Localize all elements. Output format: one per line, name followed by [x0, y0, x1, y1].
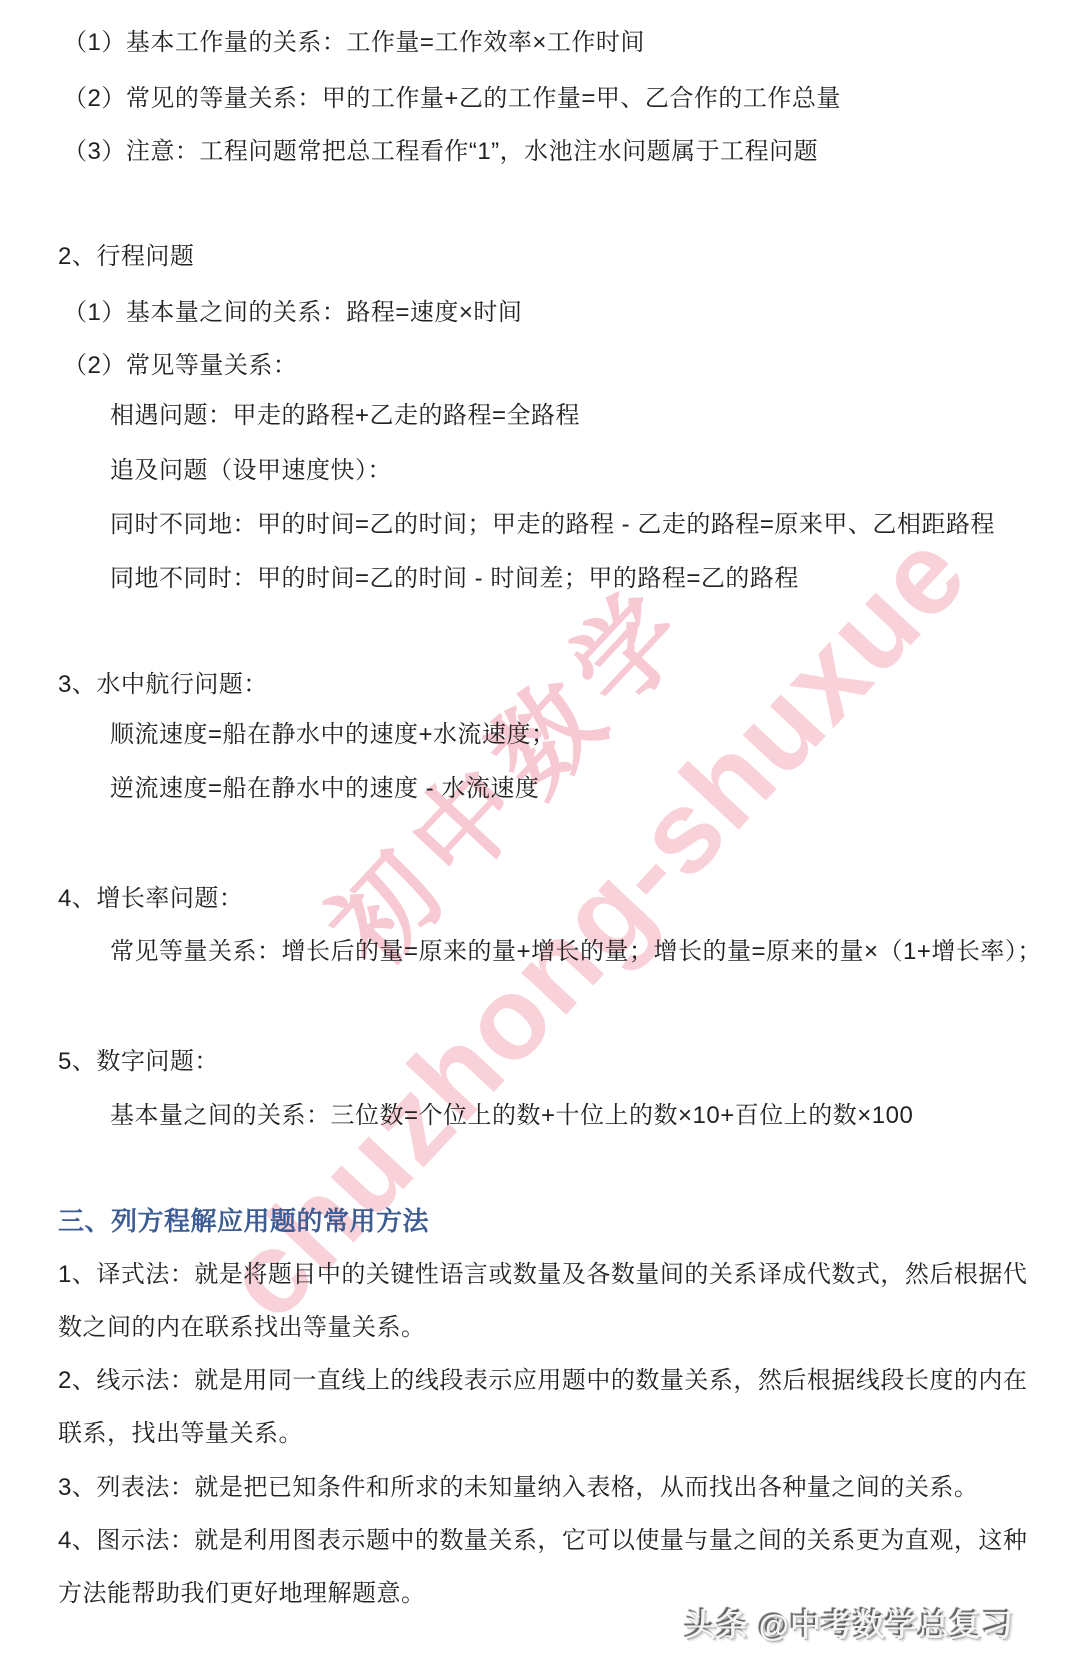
doc-line: 数之间的内在联系找出等量关系。: [58, 1313, 426, 1343]
doc-line: 5、数字问题：: [58, 1047, 219, 1077]
author-credit: 头条 @中考数学总复习: [685, 1600, 1014, 1645]
watermark-chinese: 初中数学: [289, 546, 721, 994]
doc-line: 3、列表法：就是把已知条件和所求的未知量纳入表格，从而找出各种量之间的关系。: [58, 1473, 978, 1503]
doc-line: （1）基本量之间的关系：路程=速度×时间: [63, 298, 522, 328]
doc-line: （3）注意：工程问题常把总工程看作“1”，水池注水问题属于工程问题: [63, 137, 818, 167]
doc-line: 追及问题（设甲速度快）：: [110, 456, 392, 486]
doc-line: （2）常见的等量关系：甲的工作量+乙的工作量=甲、乙合作的工作总量: [63, 84, 841, 114]
doc-line: （2）常见等量关系：: [63, 351, 297, 381]
doc-line: 同时不同地：甲的时间=乙的时间；甲走的路程 - 乙走的路程=原来甲、乙相距路程: [110, 510, 995, 540]
doc-line: 逆流速度=船在静水中的速度 - 水流速度: [110, 774, 539, 804]
doc-line: 2、线示法：就是用同一直线上的线段表示应用题中的数量关系，然后根据线段长度的内在: [58, 1366, 1027, 1396]
doc-line: 常见等量关系：增长后的量=原来的量+增长的量；增长的量=原来的量×（1+增长率）…: [110, 937, 1042, 967]
doc-line: 1、译式法：就是将题目中的关键性语言或数量及各数量间的关系译成代数式，然后根据代: [58, 1260, 1027, 1290]
doc-line: 4、图示法：就是利用图表示题中的数量关系，它可以使量与量之间的关系更为直观，这种: [58, 1526, 1027, 1556]
doc-line: 联系，找出等量关系。: [58, 1419, 303, 1449]
doc-line: 顺流速度=船在静水中的速度+水流速度；: [110, 720, 556, 750]
doc-line: 相遇问题：甲走的路程+乙走的路程=全路程: [110, 401, 580, 431]
doc-line: （1）基本工作量的关系：工作量=工作效率×工作时间: [63, 28, 645, 58]
doc-line: 4、增长率问题：: [58, 884, 243, 914]
doc-line: 3、水中航行问题：: [58, 670, 268, 700]
doc-line: 同地不同时：甲的时间=乙的时间 - 时间差；甲的路程=乙的路程: [110, 564, 799, 594]
document-page: 初中数学 chuzhong-shuxue （1）基本工作量的关系：工作量=工作效…: [0, 0, 1080, 1666]
doc-line: 方法能帮助我们更好地理解题意。: [58, 1579, 426, 1609]
doc-line: 2、行程问题: [58, 242, 194, 272]
doc-line: 基本量之间的关系：三位数=个位上的数+十位上的数×10+百位上的数×100: [110, 1101, 913, 1131]
section-heading: 三、列方程解应用题的常用方法: [58, 1206, 429, 1236]
